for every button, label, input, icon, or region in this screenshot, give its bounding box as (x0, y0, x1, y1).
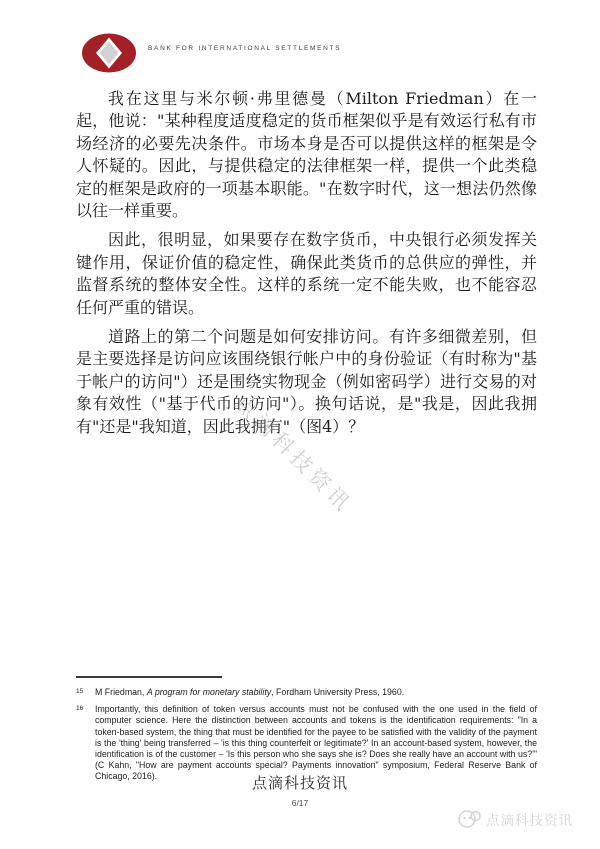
bis-wordmark: BANK FOR INTERNATIONAL SETTLEMENTS (148, 45, 341, 52)
bis-logo-icon (82, 33, 136, 73)
paragraph-friedman-quote: 我在这里与米尔顿·弗里德曼（Milton Friedman）在一起，他说："某种… (76, 88, 537, 222)
footnote-15-number: 15 (76, 687, 95, 698)
footnote-16-text: Importantly, this definition of token ve… (95, 704, 537, 782)
footnote-16: 16 Importantly, this definition of token… (76, 704, 537, 782)
droplet-logo-icon (458, 809, 482, 829)
document-body: 我在这里与米尔顿·弗里德曼（Milton Friedman）在一起，他说："某种… (76, 88, 537, 445)
footnote-15-text-start: M Friedman, (95, 687, 147, 697)
document-page: BANK FOR INTERNATIONAL SETTLEMENTS 我在这里与… (0, 0, 600, 849)
footnote-separator (76, 676, 222, 678)
page-number: 6/17 (0, 798, 600, 808)
footnote-15-title-italic: A program for monetary stability (147, 687, 271, 697)
footnote-15-text-end: , Fordham University Press, 1960. (271, 687, 404, 697)
corner-watermark-text: 点滴科技资讯 (486, 809, 573, 829)
bis-logo-ellipse-icon (82, 33, 136, 73)
footnote-15-text: M Friedman, A program for monetary stabi… (95, 687, 537, 698)
footer-brand: 点滴科技资讯 (0, 772, 600, 793)
paragraph-central-bank-role: 因此，很明显，如果要存在数字货币，中央银行必须发挥关键作用，保证价值的稳定性，确… (76, 229, 537, 319)
paragraph-access-question: 道路上的第二个问题是如何安排访问。有许多细微差别，但是主要选择是访问应该围绕银行… (76, 326, 537, 438)
corner-watermark: 点滴科技资讯 (458, 809, 573, 829)
footnote-15: 15 M Friedman, A program for monetary st… (76, 687, 537, 698)
footnote-16-number: 16 (76, 704, 95, 782)
